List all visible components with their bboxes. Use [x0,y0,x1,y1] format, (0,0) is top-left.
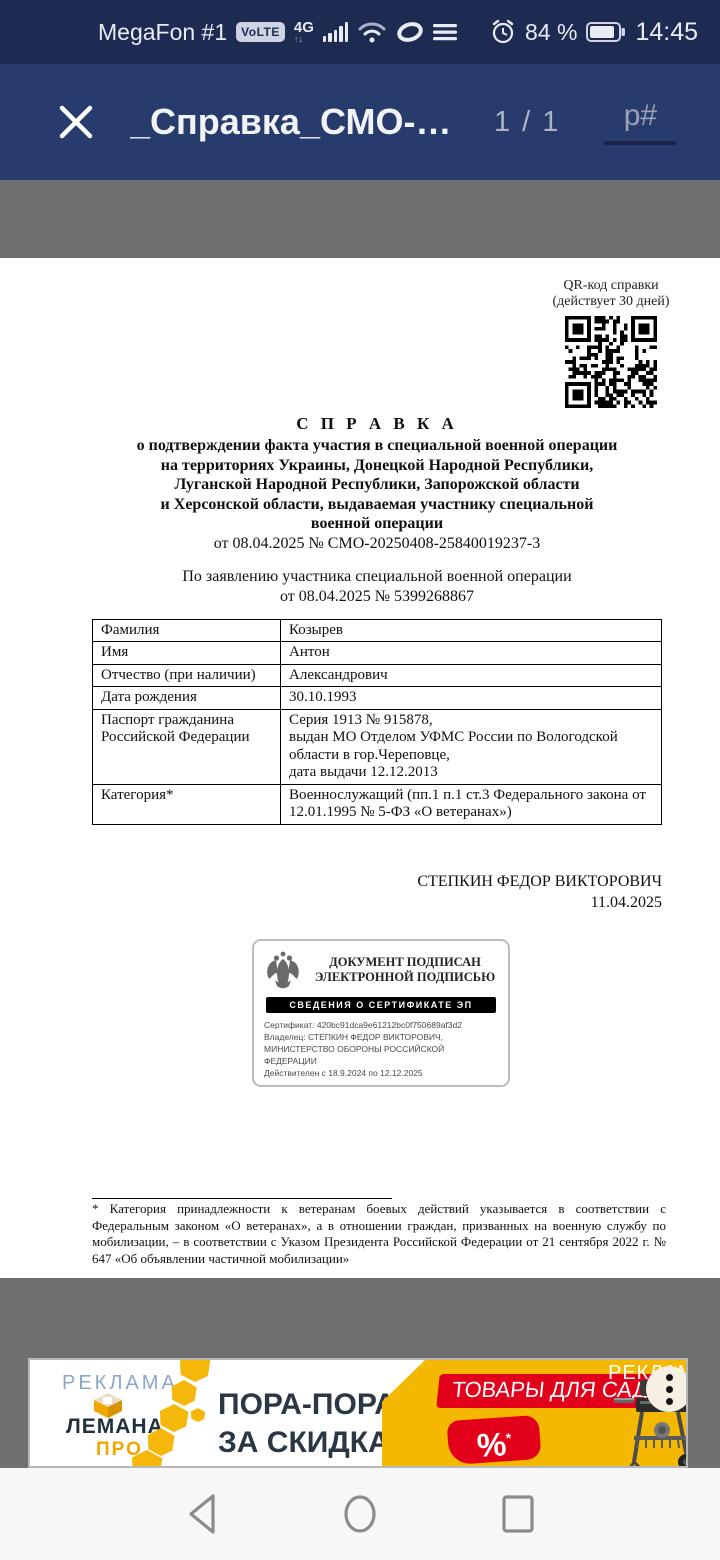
footnote: * Категория принадлежности к ветеранам б… [92,1198,666,1267]
ad-options-button[interactable] [646,1366,688,1412]
battery-percent-label: 84 % [525,19,577,46]
page-jump-input[interactable]: p# [604,99,676,145]
table-row: Имя Антон [93,642,662,665]
page-indicator: 1 / 1 [494,106,560,139]
close-icon[interactable] [56,102,96,142]
back-button[interactable] [178,1490,226,1538]
person-details-table: Фамилия Козырев Имя Антон Отчество (при … [92,619,662,825]
table-row: Паспорт гражданина Российской Федерации … [93,709,662,784]
clock-label: 14:45 [635,18,698,47]
stamp-certificate: Сертификат: 420bc91dca9e61212bc0f750689a… [264,1019,498,1031]
qr-label: QR-код справки (действует 30 дней) [526,278,696,310]
carrier-label: MegaFon #1 [98,19,227,46]
document-title: _Справка_СМО-… [130,101,490,143]
phone-screen: MegaFon #1 VoLTE 4G ↑↓ [0,0,720,1560]
network-type-icon: 4G ↑↓ [294,20,314,44]
table-row: Фамилия Козырев [93,619,662,642]
table-row: Отчество (при наличии) Александрович [93,664,662,687]
stamp-certificate-bar: СВЕДЕНИЯ О СЕРТИФИКАТЕ ЭП [266,997,496,1013]
qr-code-image [565,316,657,408]
stamp-owner: Владелец: СТЕПКИН ФЕДОР ВИКТОРОВИЧ, МИНИ… [264,1031,498,1067]
navigation-bar [0,1468,720,1560]
document-page: QR-код справки (действует 30 дней) С П Р… [0,258,720,1278]
discount-percent-badge: %* [447,1415,542,1465]
viewer-background-top [0,180,720,258]
certificate-title: С П Р А В К А [92,414,662,434]
battery-icon [586,21,626,43]
viewer-background-bottom [0,1278,720,1358]
signer-block: СТЕПКИН ФЕДОР ВИКТОРОВИЧ 11.04.2025 [0,871,662,913]
home-button[interactable] [336,1490,384,1538]
digital-signature-stamp: ДОКУМЕНТ ПОДПИСАН ЭЛЕКТРОННОЙ ПОДПИСЬЮ С… [252,939,510,1087]
menu-lines-icon [433,23,457,41]
certificate-number: от 08.04.2025 № СМО-20250408-25840019237… [92,535,662,553]
pdf-viewer-header: _Справка_СМО-… 1 / 1 p# [0,64,720,180]
stamp-title: ДОКУМЕНТ ПОДПИСАН ЭЛЕКТРОННОЙ ПОДПИСЬЮ [310,955,500,985]
hexagon-decor [178,1358,212,1382]
alarm-clock-icon [490,19,516,45]
stamp-details: Сертификат: 420bc91dca9e61212bc0f750689a… [262,1019,500,1079]
wifi-icon [357,20,387,44]
stamp-validity: Действителен с 18.9.2024 по 12.12.2025 [264,1067,498,1079]
sign-date: 11.04.2025 [0,892,662,913]
recents-button[interactable] [494,1490,542,1538]
status-bar: MegaFon #1 VoLTE 4G ↑↓ [0,0,720,64]
table-row: Категория* Военнослужащий (пп.1 п.1 ст.3… [93,784,662,824]
certificate-subtitle: о подтверждении факта участия в специаль… [92,436,662,534]
signer-name: СТЕПКИН ФЕДОР ВИКТОРОВИЧ [0,871,662,892]
volte-icon: VoLTE [236,22,285,42]
table-row: Дата рождения 30.10.1993 [93,687,662,710]
application-reference: По заявлению участника специальной военн… [92,567,662,607]
qr-block: QR-код справки (действует 30 дней) [526,278,696,408]
ad-banner[interactable]: РЕКЛАМА ЛЕМАНА ПРО ПОРА-ПОРА ЗА СКИДКАМИ… [28,1358,688,1468]
footnote-divider [92,1198,392,1199]
hexagon-decor [190,1408,206,1422]
data-saver-icon [396,22,424,42]
signal-strength-icon [323,22,349,42]
coat-of-arms-icon [262,949,304,991]
